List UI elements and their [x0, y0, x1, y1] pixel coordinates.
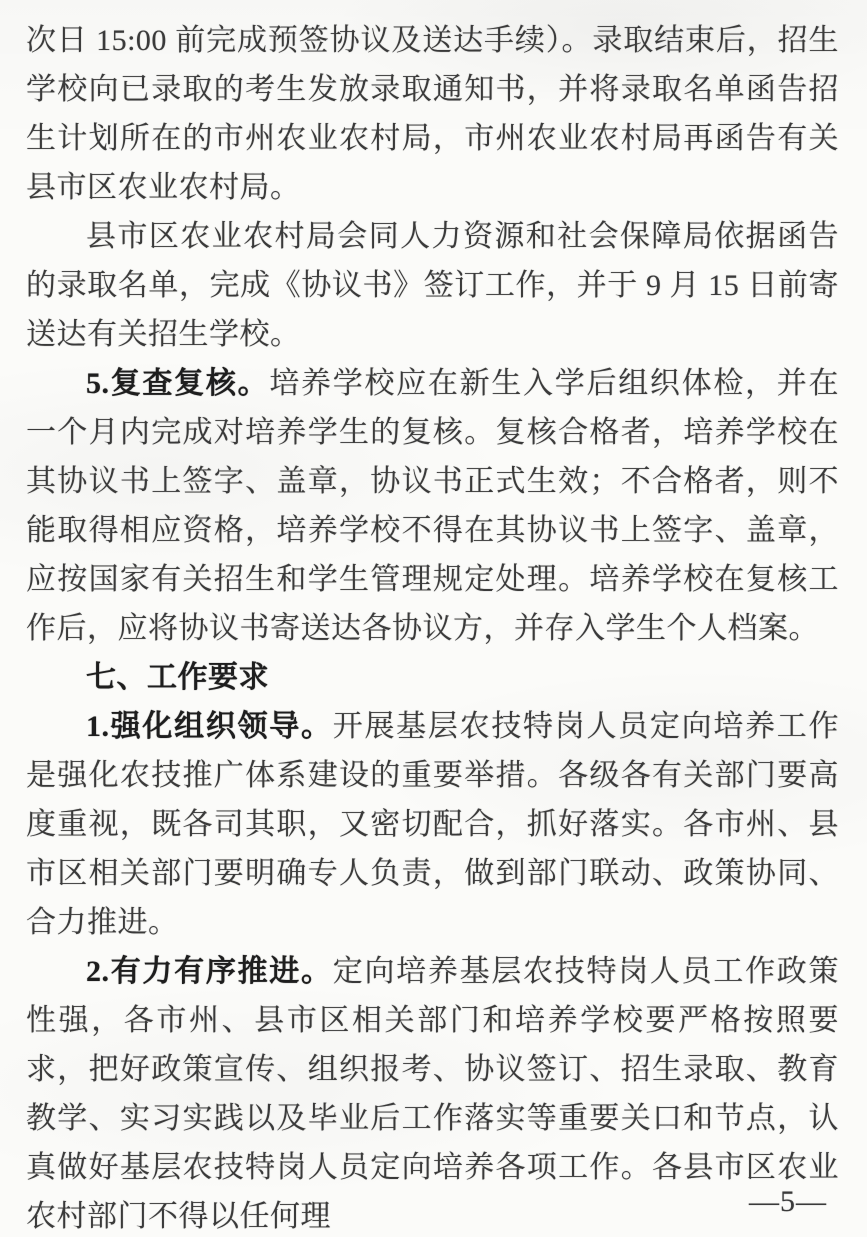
bold-text-run: 七、工作要求 — [86, 661, 269, 694]
paragraph: 县市区农业农村局会同人力资源和社会保障局依据函告的录取名单，完成《协议书》签订工… — [26, 212, 839, 359]
text-run: 培养学校应在新生入学后组织体检，并在一个月内完成对培养学生的复核。复核合格者，培… — [26, 367, 839, 645]
text-run: 定向培养基层农技特岗人员工作政策性强，各市州、县市区相关部门和培养学校要严格按照… — [26, 955, 839, 1233]
text-run: 县市区农业农村局会同人力资源和社会保障局依据函告的录取名单，完成《协议书》签订工… — [26, 220, 839, 351]
paragraph: 1.强化组织领导。开展基层农技特岗人员定向培养工作是强化农技推广体系建设的重要举… — [26, 702, 839, 947]
text-run: 次日 15:00 前完成预签协议及送达手续）。录取结束后，招生学校向已录取的考生… — [26, 24, 839, 204]
paragraph: 2.有力有序推进。定向培养基层农技特岗人员工作政策性强，各市州、县市区相关部门和… — [26, 947, 839, 1237]
bold-text-run: 2.有力有序推进。 — [86, 955, 333, 988]
bold-text-run: 1.强化组织领导。 — [86, 710, 333, 743]
page-number: —5— — [749, 1187, 827, 1217]
document-body: 次日 15:00 前完成预签协议及送达手续）。录取结束后，招生学校向已录取的考生… — [26, 16, 839, 1237]
bold-text-run: 5.复查复核。 — [86, 367, 269, 400]
text-run: 开展基层农技特岗人员定向培养工作是强化农技推广体系建设的重要举措。各级各有关部门… — [26, 710, 839, 939]
document-page: 次日 15:00 前完成预签协议及送达手续）。录取结束后，招生学校向已录取的考生… — [0, 0, 867, 1237]
section-heading: 七、工作要求 — [26, 653, 839, 702]
paragraph: 次日 15:00 前完成预签协议及送达手续）。录取结束后，招生学校向已录取的考生… — [26, 16, 839, 212]
paragraph: 5.复查复核。培养学校应在新生入学后组织体检，并在一个月内完成对培养学生的复核。… — [26, 359, 839, 653]
